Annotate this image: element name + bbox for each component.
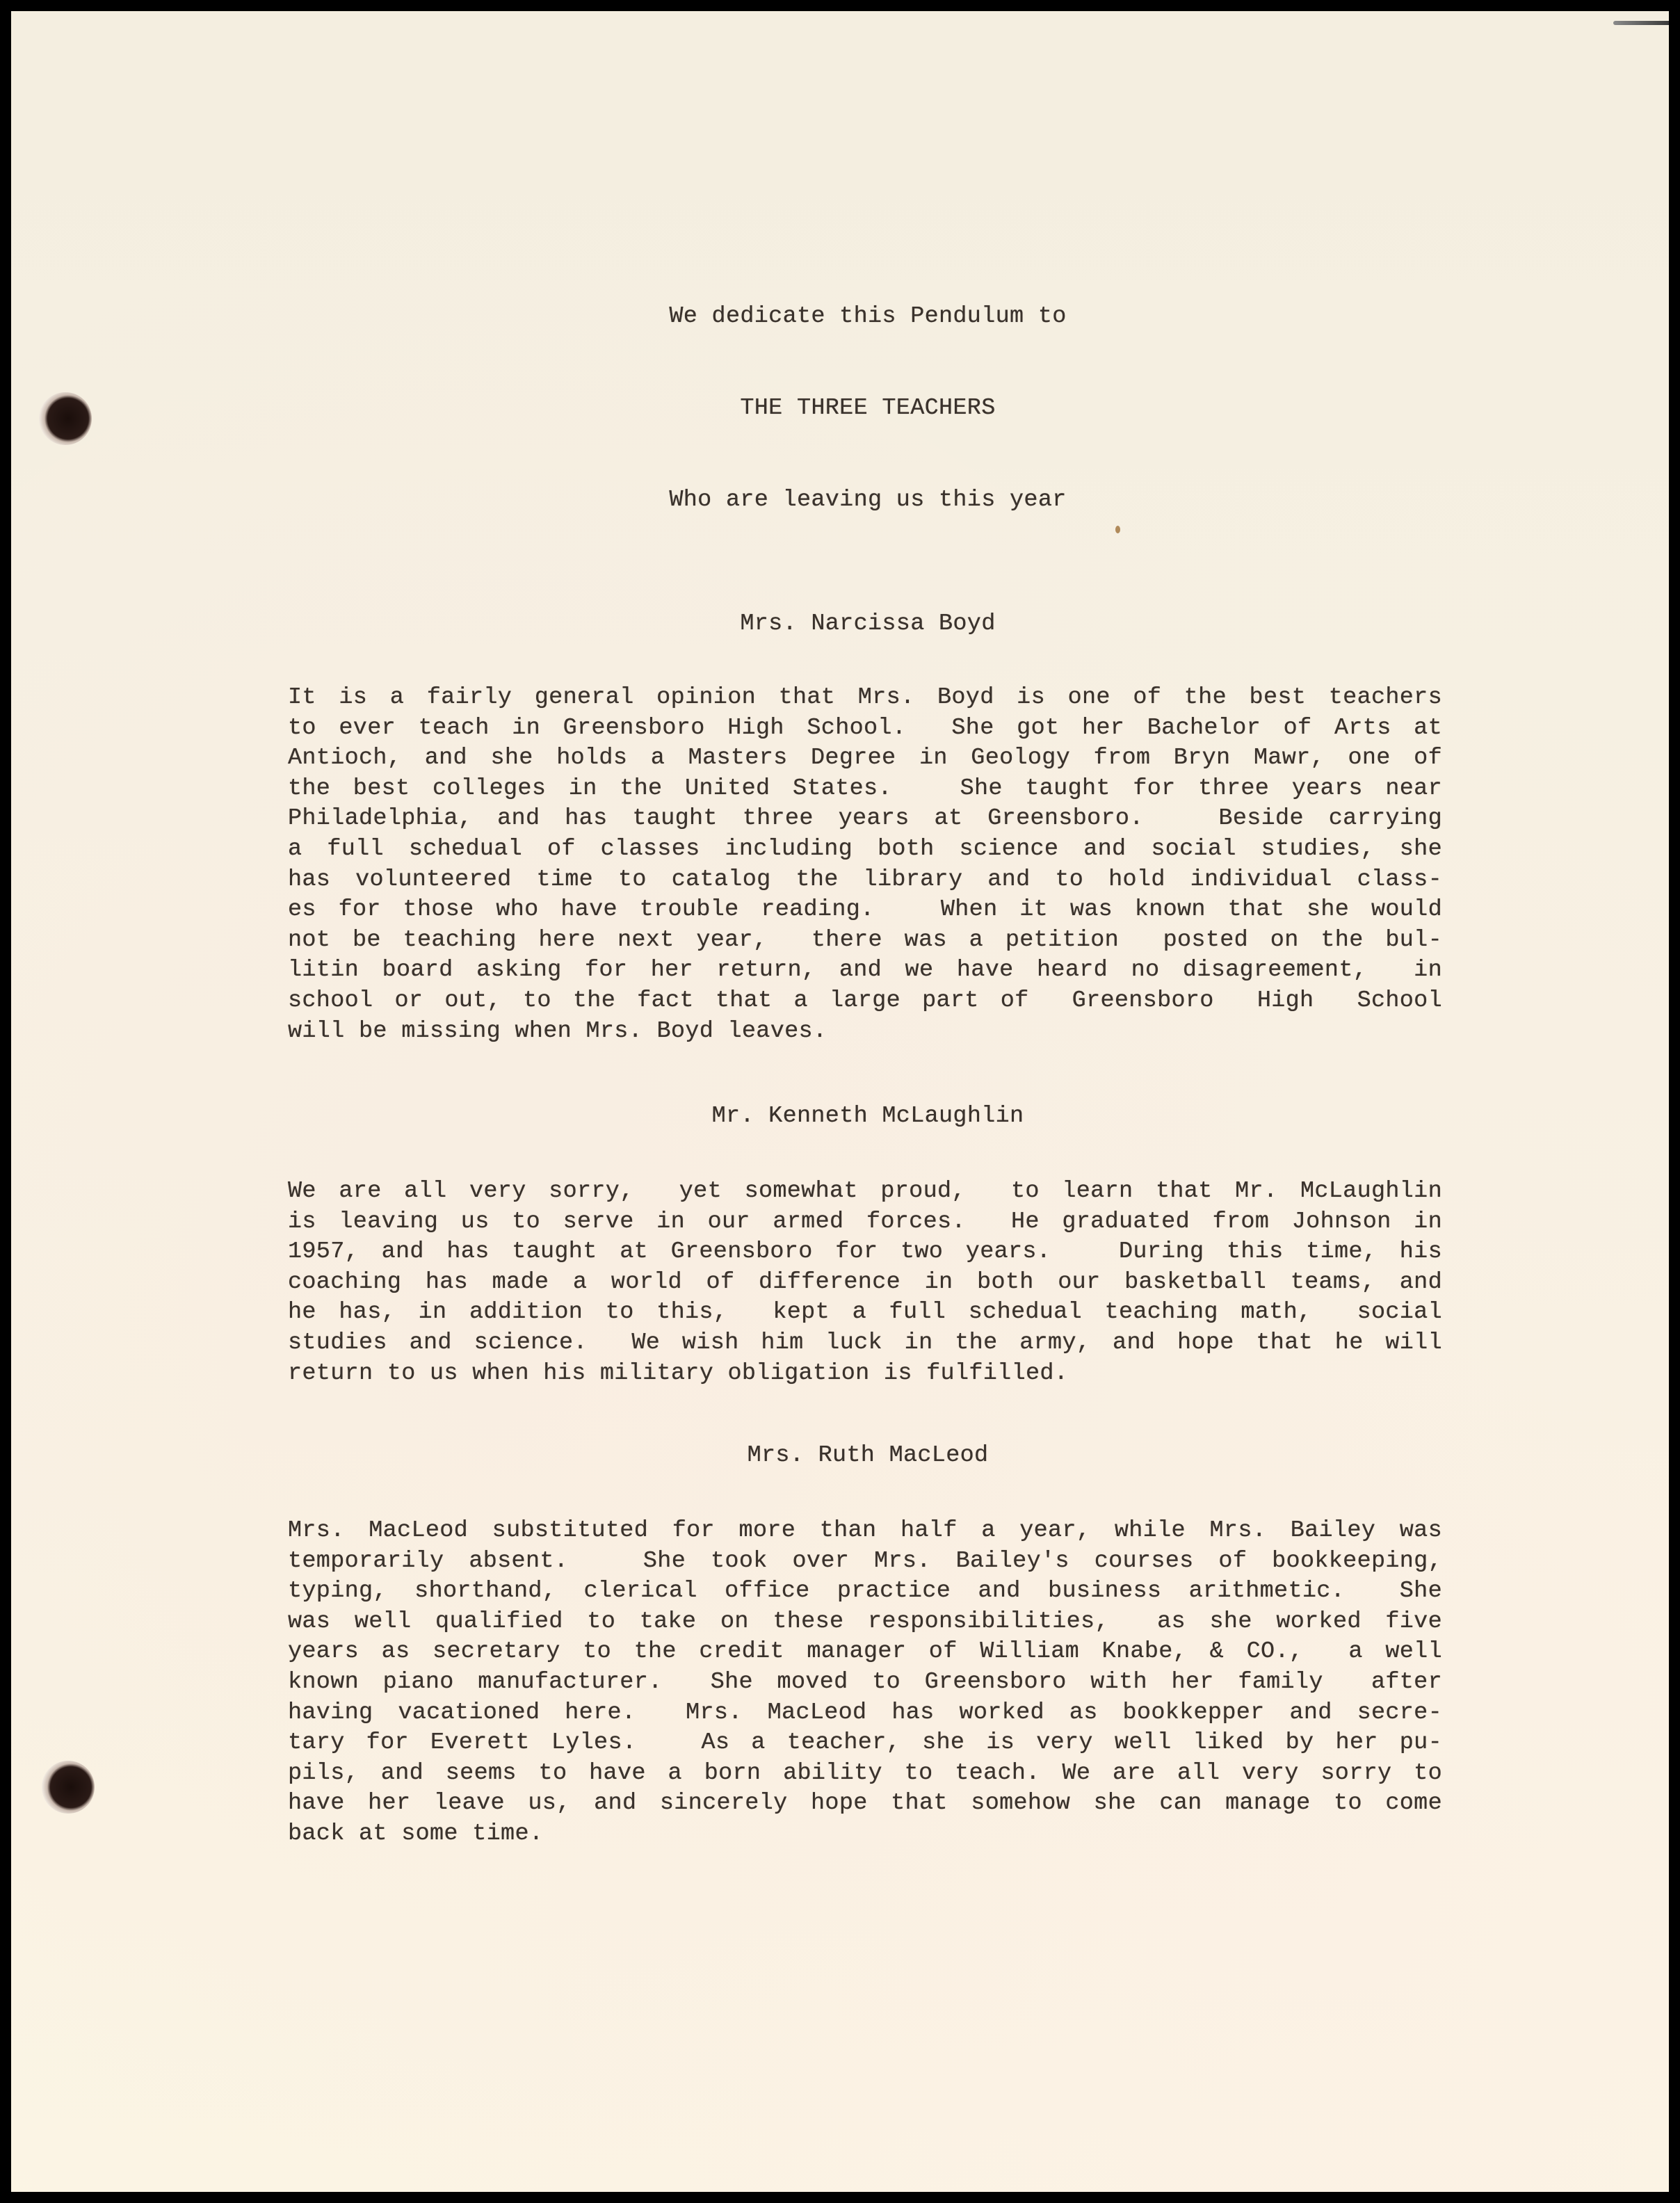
paragraph-line: litin board asking for her return, and w…	[288, 955, 1442, 986]
page-subtitle: Who are leaving us this year	[28, 487, 1680, 513]
paragraph-line: Mrs. MacLeod substituted for more than h…	[288, 1516, 1442, 1547]
paragraph-line: coaching has made a world of difference …	[288, 1268, 1442, 1298]
paragraph-line: 1957, and has taught at Greensboro for t…	[288, 1237, 1442, 1268]
paragraph-line: It is a fairly general opinion that Mrs.…	[288, 683, 1442, 713]
paragraph-line: to ever teach in Greensboro High School.…	[288, 713, 1442, 744]
paragraph-line: We are all very sorry, yet somewhat prou…	[288, 1177, 1442, 1207]
paragraph-line: has volunteered time to catalog the libr…	[288, 865, 1442, 896]
paragraph-line: is leaving us to serve in our armed forc…	[288, 1207, 1442, 1238]
paragraph-line: tary for Everett Lyles. As a teacher, sh…	[288, 1728, 1442, 1759]
paragraph-line: the best colleges in the United States. …	[288, 774, 1442, 805]
paragraph-line: have her leave us, and sincerely hope th…	[288, 1789, 1442, 1819]
paragraph-line: typing, shorthand, clerical office pract…	[288, 1576, 1442, 1607]
paragraph-line: a full schedual of classes including bot…	[288, 834, 1442, 865]
paragraph-line: back at some time.	[288, 1819, 1442, 1850]
paragraph-line: not be teaching here next year, there wa…	[288, 926, 1442, 956]
paragraph-line: es for those who have trouble reading. W…	[288, 895, 1442, 926]
page-title: THE THREE TEACHERS	[28, 395, 1680, 421]
paragraph-line: he has, in addition to this, kept a full…	[288, 1298, 1442, 1328]
paragraph-line: was well qualified to take on these resp…	[288, 1607, 1442, 1638]
paragraph-line: return to us when his military obligatio…	[288, 1359, 1442, 1389]
paragraph-line: having vacationed here. Mrs. MacLeod has…	[288, 1698, 1442, 1729]
paragraph-line: temporarily absent. She took over Mrs. B…	[288, 1547, 1442, 1577]
teacher-paragraph-mclaughlin: We are all very sorry, yet somewhat prou…	[288, 1177, 1442, 1389]
typewritten-document: We dedicate this Pendulum to THE THREE T…	[0, 0, 1680, 2203]
ink-spot	[1115, 526, 1120, 533]
paragraph-line: Philadelphia, and has taught three years…	[288, 804, 1442, 834]
teacher-name-boyd: Mrs. Narcissa Boyd	[28, 611, 1680, 637]
paragraph-line: school or out, to the fact that a large …	[288, 986, 1442, 1017]
paragraph-line: will be missing when Mrs. Boyd leaves.	[288, 1017, 1442, 1047]
paragraph-line: known piano manufacturer. She moved to G…	[288, 1668, 1442, 1698]
paragraph-line: Antioch, and she holds a Masters Degree …	[288, 743, 1442, 774]
paragraph-line: years as secretary to the credit manager…	[288, 1637, 1442, 1668]
dedication-line: We dedicate this Pendulum to	[28, 303, 1680, 330]
teacher-name-mclaughlin: Mr. Kenneth McLaughlin	[28, 1103, 1680, 1129]
paragraph-line: studies and science. We wish him luck in…	[288, 1328, 1442, 1359]
paragraph-line: pils, and seems to have a born ability t…	[288, 1759, 1442, 1789]
teacher-name-macleod: Mrs. Ruth MacLeod	[28, 1442, 1680, 1469]
teacher-paragraph-macleod: Mrs. MacLeod substituted for more than h…	[288, 1516, 1442, 1850]
teacher-paragraph-boyd: It is a fairly general opinion that Mrs.…	[288, 683, 1442, 1047]
